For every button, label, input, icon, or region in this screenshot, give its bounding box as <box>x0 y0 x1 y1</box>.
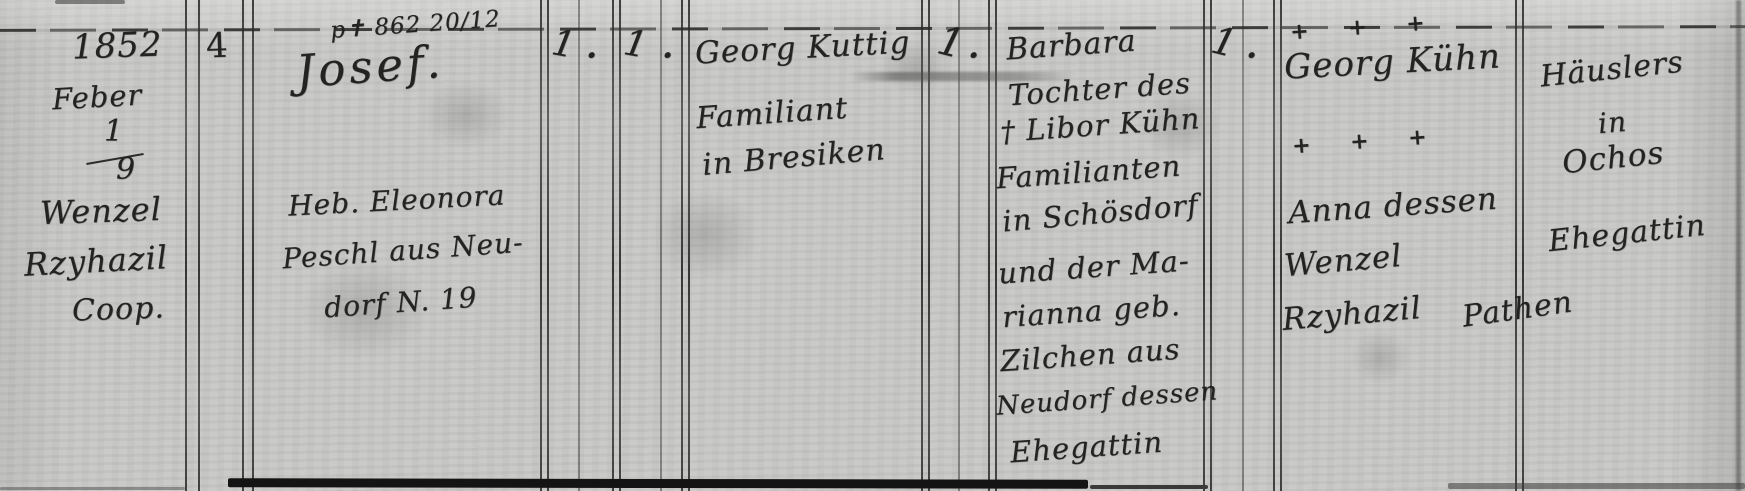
priest-name-line1: Wenzel <box>39 190 162 232</box>
priest-title: Coop. <box>71 290 165 328</box>
day-denominator: 9 <box>116 152 136 187</box>
tally-mark-6: · <box>968 36 980 74</box>
column-rule <box>1210 0 1212 491</box>
tally-mark-8: · <box>1246 36 1258 74</box>
paper-stain <box>420 80 510 150</box>
father-residence: in Bresiken <box>701 132 887 183</box>
godmother-relation: Ehegattin <box>1547 208 1708 259</box>
mother-name: Barbara <box>1005 23 1138 67</box>
column-rule <box>547 0 549 491</box>
mother-line5: in Schösdorf <box>1001 187 1200 238</box>
baptism-day-fraction: 1 9 <box>88 118 158 196</box>
column-rule <box>1242 0 1244 491</box>
row-bottom-rule <box>228 478 1088 489</box>
column-rule <box>578 0 580 491</box>
column-rule <box>1515 0 1517 491</box>
column-rule <box>252 0 254 491</box>
mother-line6: und der Ma- <box>997 243 1191 290</box>
midwife-line1: Heb. Eleonora <box>287 178 506 222</box>
row-bottom-rule <box>0 487 185 490</box>
column-rule <box>1522 0 1524 491</box>
godparents-role: Pathen <box>1460 284 1575 334</box>
mother-line8: Zilchen aus <box>999 332 1181 379</box>
tally-mark-4: · <box>662 36 674 74</box>
house-number: 4 <box>205 26 229 67</box>
tally-mark-7: 1 <box>1207 18 1242 67</box>
column-rule <box>619 0 621 491</box>
column-rule <box>612 0 614 491</box>
day-numerator: 1 <box>104 114 124 149</box>
godparents-residence-in: in <box>1597 105 1629 140</box>
godfather-occupation: Häuslers <box>1539 45 1686 95</box>
mother-line4: Familianten <box>995 149 1182 196</box>
column-rule <box>1203 0 1205 491</box>
godmother-name: Anna dessen <box>1287 181 1499 232</box>
row-bottom-rule <box>1448 483 1745 489</box>
page-edge-shadow <box>1736 0 1741 491</box>
column-rule <box>1273 0 1275 491</box>
witness-firstname: Wenzel <box>1283 238 1404 284</box>
column-rule <box>185 0 187 491</box>
row-bottom-rule <box>1090 485 1208 489</box>
baptism-register-scan: 1852 Feber 1 9 Wenzel Rzyhazil Coop. 4 p… <box>0 0 1745 491</box>
mother-line10: Ehegattin <box>1009 425 1164 470</box>
column-rule <box>242 0 244 491</box>
father-status: Familiant <box>695 91 849 137</box>
mother-line9: Neudorf dessen <box>995 376 1219 421</box>
column-rule <box>1280 0 1282 491</box>
entry-month: Feber <box>51 78 143 117</box>
paper-stain <box>1350 330 1410 385</box>
mother-line7: rianna geb. <box>1001 288 1182 334</box>
tally-mark-2: · <box>586 36 598 74</box>
witness-surname: Rzyhazil <box>1281 290 1423 338</box>
godfather-name: Georg Kühn <box>1283 36 1502 87</box>
paper-stain <box>650 190 760 280</box>
column-rule <box>198 0 200 491</box>
column-rule <box>540 0 542 491</box>
priest-name-line2: Rzyhazil <box>23 238 169 283</box>
top-edge-mark <box>55 0 125 4</box>
entry-year: 1852 <box>71 24 163 67</box>
midwife-line2: Peschl aus Neu- <box>281 226 524 276</box>
tally-mark-5: 1 <box>933 17 970 68</box>
signature-crosses-mid: + + + <box>1291 123 1443 159</box>
child-name: Josef. <box>294 35 446 98</box>
father-name: Georg Kuttig <box>694 24 911 71</box>
godparents-residence-place: Ochos <box>1560 135 1666 181</box>
